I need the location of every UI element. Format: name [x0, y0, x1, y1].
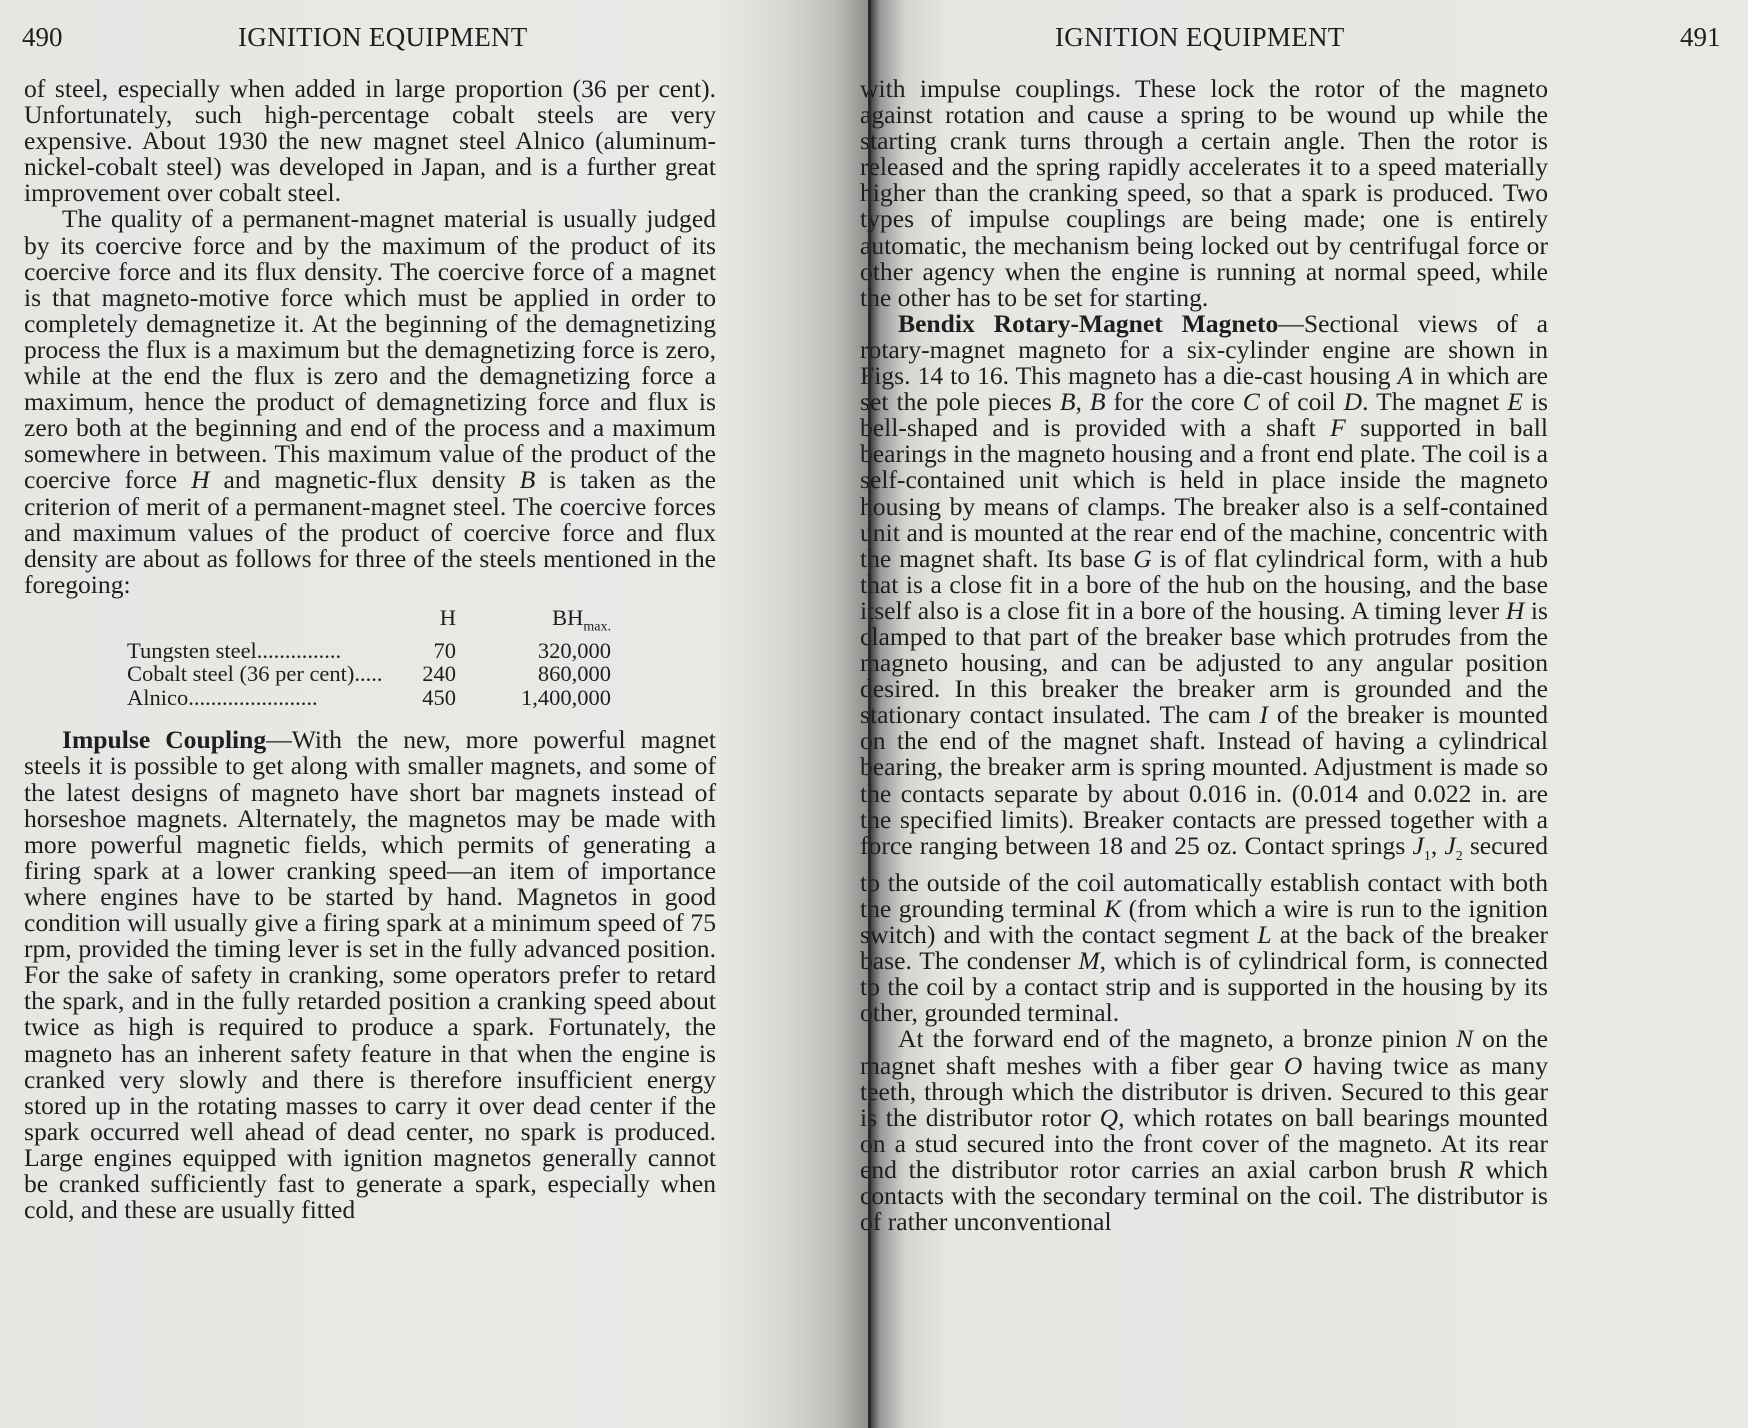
- part-label: B, B: [1060, 387, 1106, 416]
- text-run: At the forward end of the magneto, a bro…: [898, 1024, 1456, 1053]
- part-label: J: [1444, 831, 1455, 860]
- part-label: R: [1458, 1155, 1474, 1184]
- part-label: F: [1330, 413, 1346, 442]
- steel-name: Alnico.......................: [24, 686, 384, 710]
- right-page: IGNITION EQUIPMENT 491 with impulse coup…: [870, 0, 1748, 1428]
- paragraph-quality: The quality of a permanent-magnet materi…: [24, 206, 716, 597]
- part-label: C: [1243, 387, 1260, 416]
- page-number-left: 490: [22, 22, 63, 53]
- table-header-row: . H BHmax.: [24, 606, 716, 639]
- text-run: . The magnet: [1362, 387, 1507, 416]
- part-label: E: [1507, 387, 1523, 416]
- text-run: and magnetic-flux density: [210, 465, 520, 494]
- part-label: K: [1104, 894, 1121, 923]
- left-page: 490 IGNITION EQUIPMENT of steel, especia…: [0, 0, 870, 1428]
- part-label: G: [1133, 544, 1151, 573]
- paragraph-forward-end: At the forward end of the magneto, a bro…: [860, 1026, 1548, 1235]
- paragraph-impulse-coupling: Impulse Coupling—With the new, more powe…: [24, 727, 716, 1223]
- part-label: D: [1344, 387, 1362, 416]
- book-gutter: [868, 0, 871, 1428]
- steel-h: 240: [384, 662, 456, 686]
- table-row: Alnico....................... 450 1,400,…: [24, 686, 716, 710]
- paragraph-alnico: of steel, especially when added in large…: [24, 76, 716, 206]
- part-label: H: [1506, 596, 1524, 625]
- header-bh-text: BH: [552, 605, 583, 630]
- header-bh-sub: max.: [583, 619, 611, 634]
- part-label: M: [1078, 946, 1099, 975]
- steel-name: Cobalt steel (36 per cent)......: [24, 662, 384, 686]
- text-run: for the core: [1106, 387, 1243, 416]
- steel-h: 70: [384, 639, 456, 663]
- page-number-right: 491: [1680, 22, 1721, 53]
- bendix-body: —Sectional views of a rotary-magnet magn…: [860, 309, 1548, 1028]
- part-label: N: [1456, 1024, 1473, 1053]
- text-run: of coil: [1260, 387, 1344, 416]
- part-label: Q: [1100, 1103, 1118, 1132]
- magnet-steel-table: . H BHmax. Tungsten steel...............…: [24, 606, 716, 710]
- text-run: The quality of a permanent-magnet materi…: [24, 204, 716, 494]
- section-heading-impulse-coupling: Impulse Coupling: [62, 725, 266, 754]
- running-head-right: IGNITION EQUIPMENT: [1055, 22, 1345, 53]
- table-row: Cobalt steel (36 per cent)...... 240 860…: [24, 662, 716, 686]
- paragraph-impulse-couplings-cont: with impulse couplings. These lock the r…: [860, 76, 1548, 311]
- section-heading-bendix: Bendix Rotary-Magnet Magneto: [898, 309, 1278, 338]
- subscript: 2: [1456, 849, 1463, 864]
- header-bhmax: BHmax.: [456, 606, 611, 639]
- steel-name: Tungsten steel...............: [24, 639, 384, 663]
- table-row: Tungsten steel............... 70 320,000: [24, 639, 716, 663]
- symbol-b: B: [520, 465, 536, 494]
- part-label: I: [1260, 700, 1269, 729]
- running-head-left: IGNITION EQUIPMENT: [238, 22, 528, 53]
- text-run: ,: [1431, 831, 1445, 860]
- part-label: O: [1284, 1051, 1302, 1080]
- symbol-h: H: [191, 465, 209, 494]
- part-label: L: [1257, 920, 1271, 949]
- steel-bhmax: 860,000: [456, 662, 611, 686]
- header-h: H: [384, 606, 456, 639]
- right-text-block: with impulse couplings. These lock the r…: [860, 76, 1548, 1235]
- subscript: 1: [1424, 849, 1431, 864]
- steel-h: 450: [384, 686, 456, 710]
- paragraph-bendix: Bendix Rotary-Magnet Magneto—Sectional v…: [860, 311, 1548, 1027]
- forward-end-body: At the forward end of the magneto, a bro…: [860, 1024, 1548, 1236]
- steel-bhmax: 1,400,000: [456, 686, 611, 710]
- part-label: J: [1412, 831, 1423, 860]
- book-spread: 490 IGNITION EQUIPMENT of steel, especia…: [0, 0, 1748, 1428]
- text-run: —With the new, more powerful magnet stee…: [24, 725, 716, 1224]
- steel-bhmax: 320,000: [456, 639, 611, 663]
- part-label: A: [1398, 361, 1414, 390]
- left-text-block: of steel, especially when added in large…: [24, 76, 716, 1223]
